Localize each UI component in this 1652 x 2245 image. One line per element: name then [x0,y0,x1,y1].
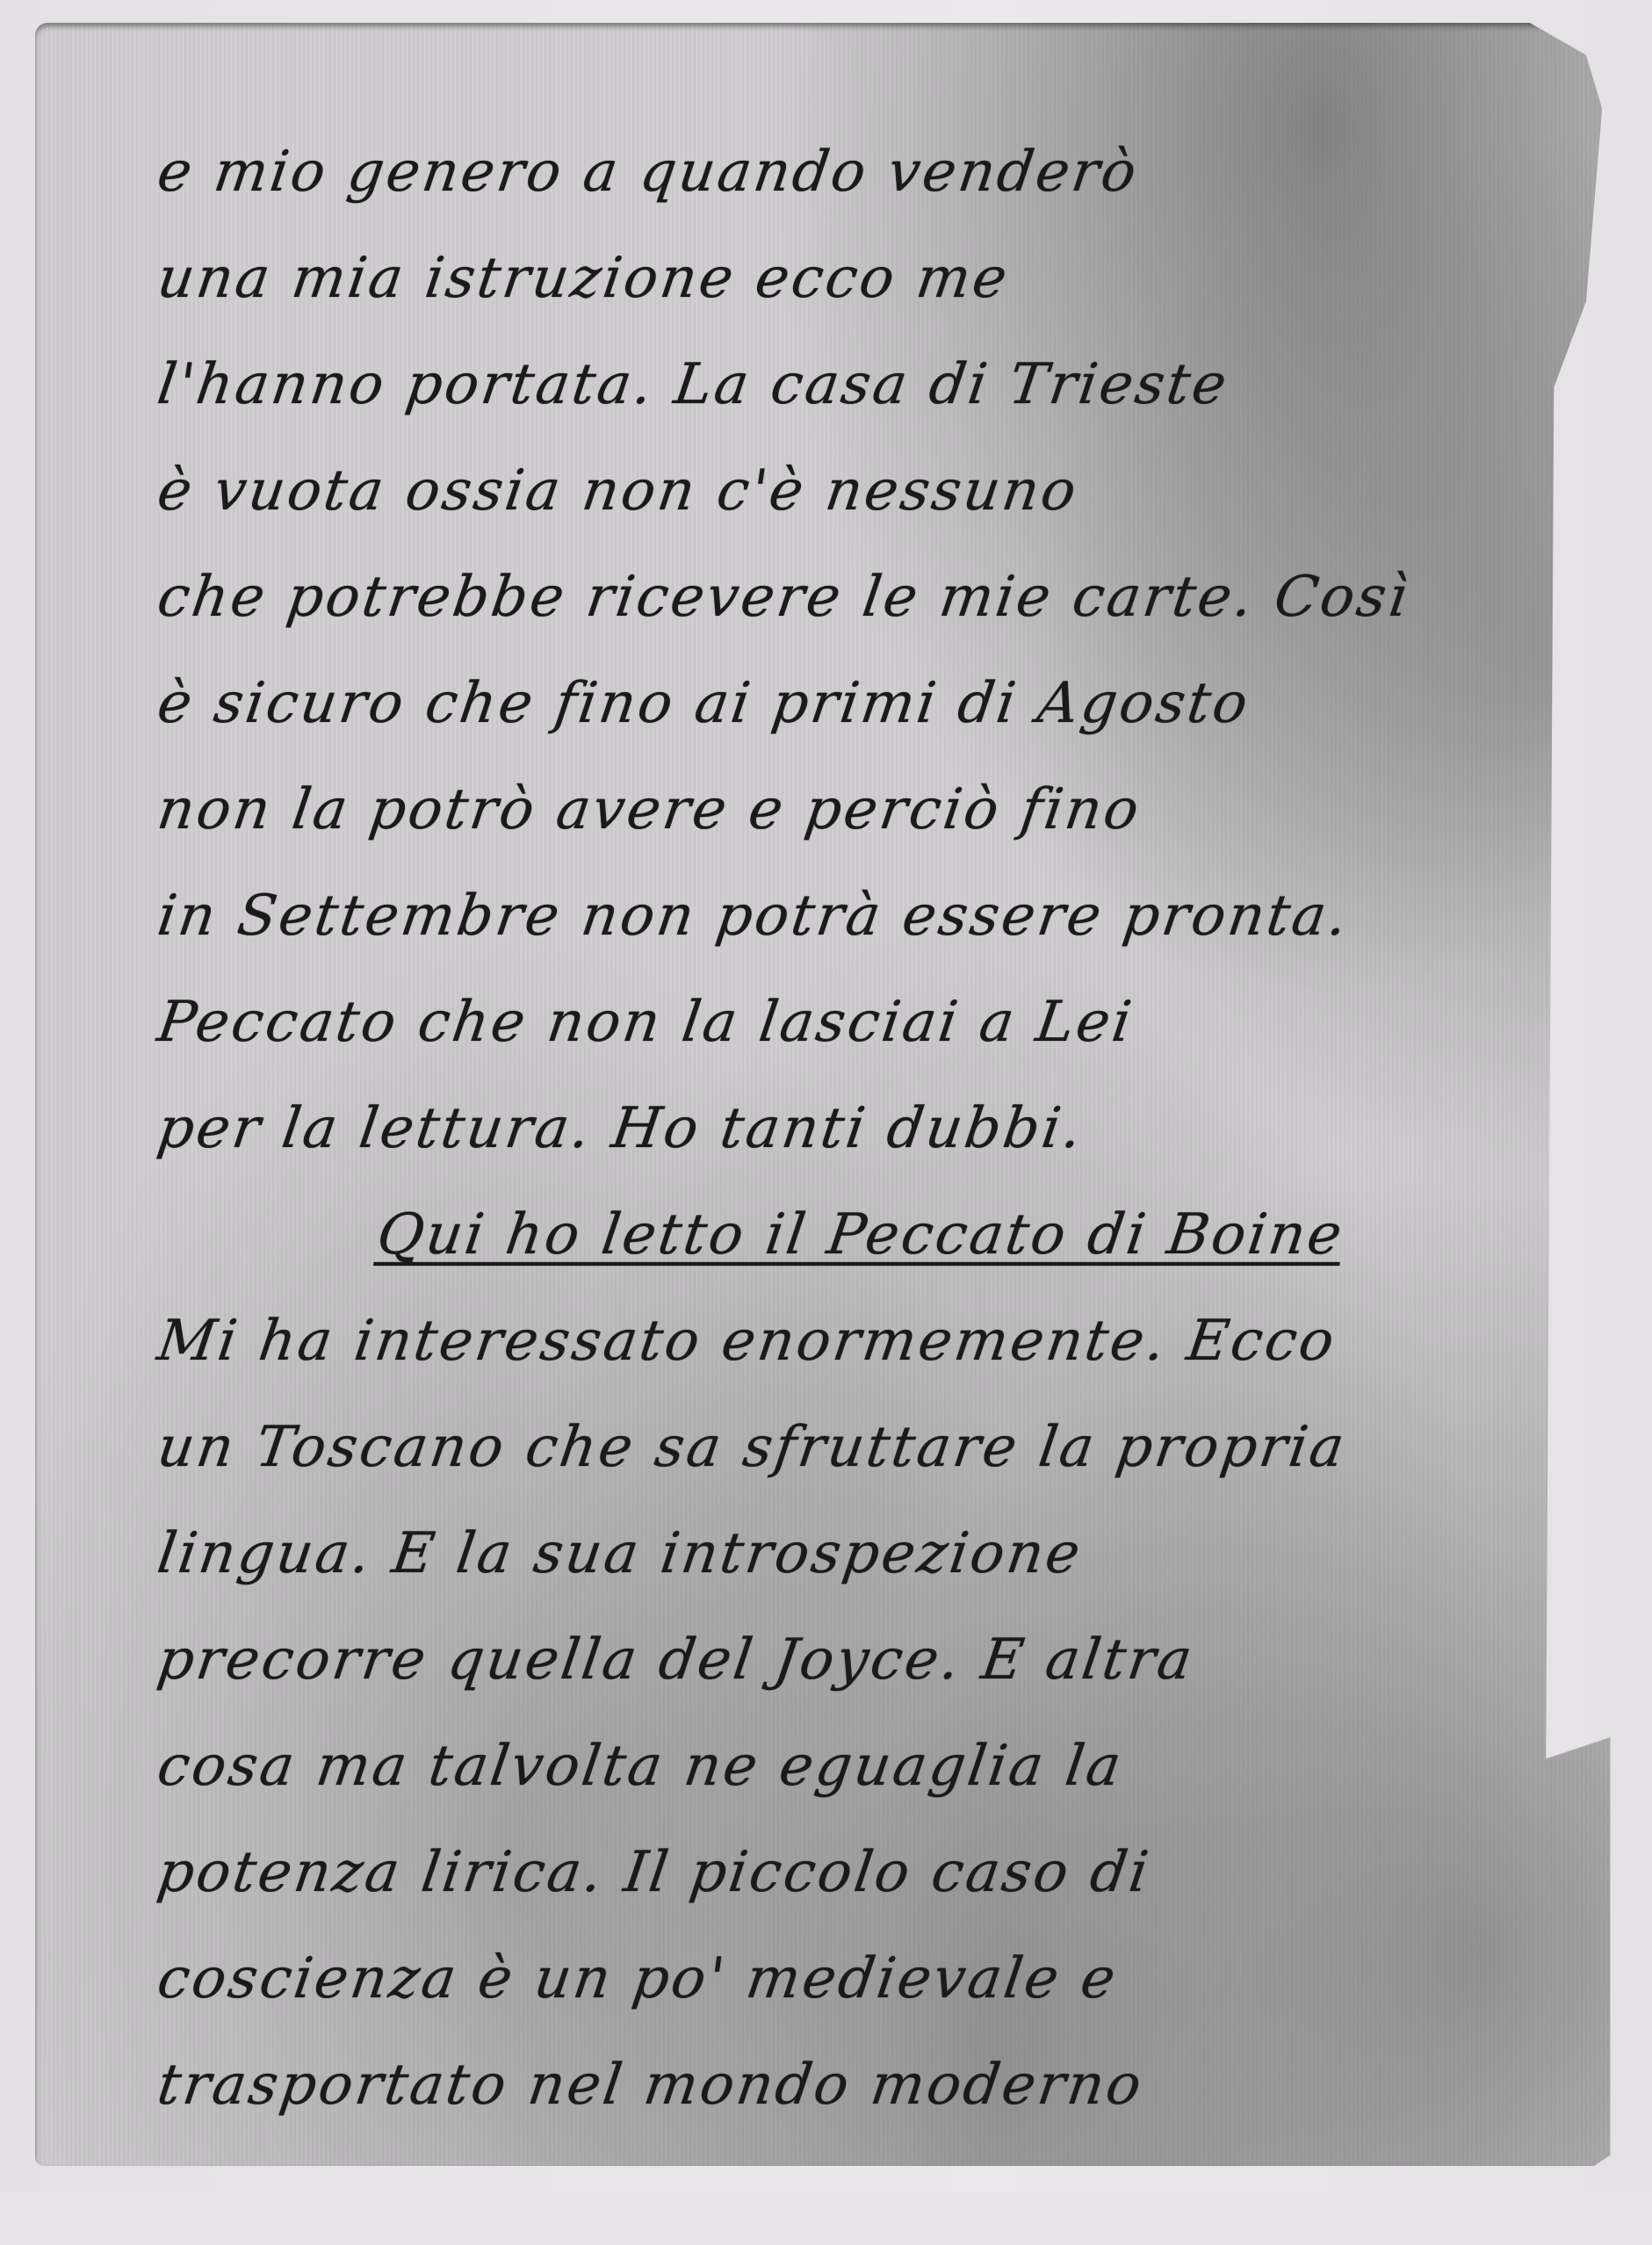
letter-line-12: Mi ha interessato enormemente. Ecco [150,1289,1605,1395]
letter-body: e mio genero a quando venderò una mia is… [158,119,1598,2192]
letter-line-4: è vuota ossia non c'è nessuno [150,438,1605,545]
letter-sheet: e mio genero a quando venderò una mia is… [35,23,1642,2166]
letter-line-7: non la potrò avere e perciò fino [150,757,1605,863]
letter-line-10: per la lettura. Ho tanti dubbi. [150,1076,1605,1182]
letter-line-13: un Toscano che sa sfruttare la propria [150,1395,1605,1501]
letter-line-1: e mio genero a quando venderò [150,119,1605,226]
letter-line-16: cosa ma talvolta ne eguaglia la [150,1714,1605,1820]
letter-line-11-book-title: Qui ho letto il Peccato di Boine [150,1182,1605,1289]
letter-line-2: una mia istruzione ecco me [150,226,1605,332]
letter-line-5: che potrebbe ricevere le mie carte. Così [150,545,1605,651]
letter-line-6: è sicuro che fino ai primi di Agosto [150,651,1605,757]
letter-line-15: precorre quella del Joyce. E altra [150,1607,1605,1714]
letter-line-8: in Settembre non potrà essere pronta. [150,863,1605,970]
letter-line-17: potenza lirica. Il piccolo caso di [150,1820,1605,1926]
letter-line-18: coscienza è un po' medievale e [150,1926,1605,2032]
letter-line-3: l'hanno portata. La casa di Trieste [150,332,1605,438]
letter-line-9: Peccato che non la lasciai a Lei [150,970,1605,1076]
letter-line-14: lingua. E la sua introspezione [150,1501,1605,1607]
letter-line-19: trasportato nel mondo moderno [150,2032,1605,2139]
